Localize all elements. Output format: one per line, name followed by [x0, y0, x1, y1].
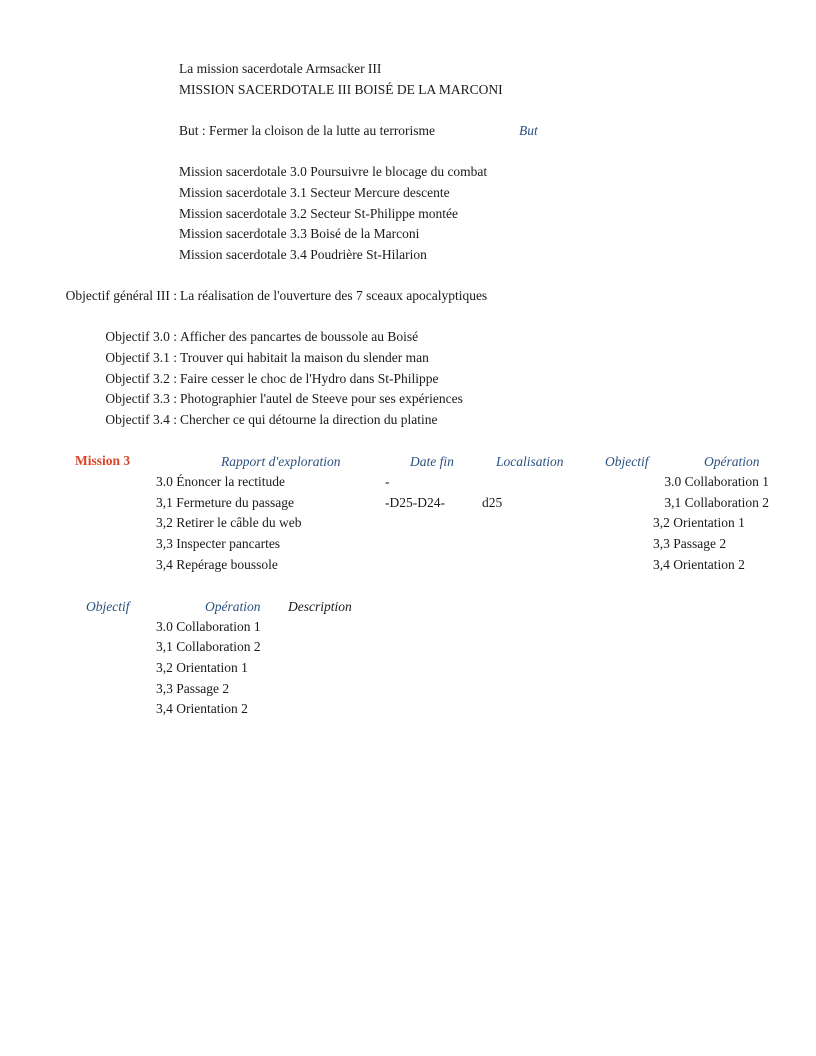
cell-end-date: -D25-D24-: [385, 494, 445, 512]
op-row-operation: 3,1 Collaboration 2: [156, 638, 261, 656]
objective-label: Objectif 3.4 :: [105, 411, 177, 429]
header-objective: Objectif: [605, 453, 649, 471]
header-operation: Opération: [704, 453, 760, 471]
objective-text: Faire cesser le choc de l'Hydro dans St-…: [180, 370, 439, 388]
cell-report: 3,3 Inspecter pancartes: [156, 535, 280, 553]
op-header-description: Description: [288, 598, 352, 616]
cell-report: 3,1 Fermeture du passage: [156, 494, 294, 512]
cell-end-date: -: [385, 473, 390, 491]
general-objective-label: Objectif général III :: [66, 287, 177, 305]
header-end-date: Date fin: [410, 453, 454, 471]
objective-label: Objectif 3.1 :: [105, 349, 177, 367]
objective-label: Objectif 3.2 :: [105, 370, 177, 388]
cell-report: 3,4 Repérage boussole: [156, 556, 278, 574]
cell-operation: 3.0 Collaboration 1: [664, 473, 769, 491]
cell-operation: 3,1 Collaboration 2: [664, 494, 769, 512]
mission-item: Mission sacerdotale 3.4 Poudrière St-Hil…: [179, 246, 427, 264]
op-header-operation: Opération: [205, 598, 261, 616]
objective-label: Objectif 3.0 :: [105, 328, 177, 346]
document-title: La mission sacerdotale Armsacker III: [179, 60, 381, 78]
goal-tag: But: [519, 122, 538, 140]
op-row-operation: 3.0 Collaboration 1: [156, 618, 261, 636]
cell-operation: 3,4 Orientation 2: [653, 556, 745, 574]
header-location: Localisation: [496, 453, 564, 471]
cell-operation: 3,2 Orientation 1: [653, 514, 745, 532]
cell-report: 3.0 Énoncer la rectitude: [156, 473, 285, 491]
cell-location: d25: [482, 494, 502, 512]
general-objective-text: La réalisation de l'ouverture des 7 scea…: [180, 287, 487, 305]
objective-text: Afficher des pancartes de boussole au Bo…: [180, 328, 418, 346]
mission-item: Mission sacerdotale 3.2 Secteur St-Phili…: [179, 205, 458, 223]
mission-table-title: Mission 3: [75, 452, 130, 470]
op-header-objective: Objectif: [86, 598, 130, 616]
cell-operation: 3,3 Passage 2: [653, 535, 726, 553]
mission-item: Mission sacerdotale 3.1 Secteur Mercure …: [179, 184, 450, 202]
objective-label: Objectif 3.3 :: [105, 390, 177, 408]
goal-text: But : Fermer la cloison de la lutte au t…: [179, 122, 435, 140]
op-row-operation: 3,3 Passage 2: [156, 680, 229, 698]
objective-text: Chercher ce qui détourne la direction du…: [180, 411, 438, 429]
op-row-operation: 3,4 Orientation 2: [156, 700, 248, 718]
cell-report: 3,2 Retirer le câble du web: [156, 514, 301, 532]
objective-text: Trouver qui habitait la maison du slende…: [180, 349, 429, 367]
mission-item: Mission sacerdotale 3.3 Boisé de la Marc…: [179, 225, 419, 243]
op-row-operation: 3,2 Orientation 1: [156, 659, 248, 677]
document-subtitle: MISSION SACERDOTALE III BOISÉ DE LA MARC…: [179, 81, 503, 99]
objective-text: Photographier l'autel de Steeve pour ses…: [180, 390, 463, 408]
header-report: Rapport d'exploration: [221, 453, 341, 471]
mission-item: Mission sacerdotale 3.0 Poursuivre le bl…: [179, 163, 487, 181]
